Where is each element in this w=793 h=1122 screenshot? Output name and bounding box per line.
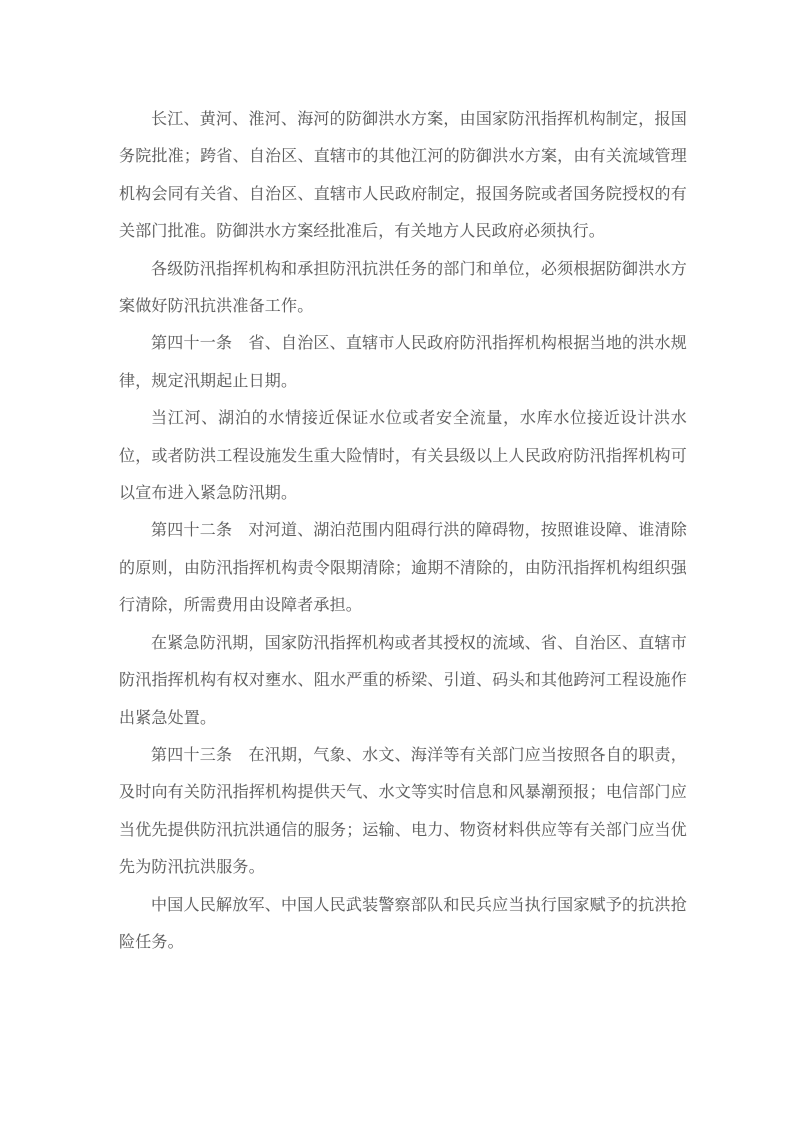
document-content: 长江、黄河、淮河、海河的防御洪水方案，由国家防汛指挥机构制定，报国务院批准；跨省… bbox=[119, 101, 687, 961]
article-41-paragraph-1: 第四十一条 省、自治区、直辖市人民政府防汛指挥机构根据当地的洪水规律，规定汛期起… bbox=[119, 325, 687, 400]
article-43-paragraph-1: 第四十三条 在汛期，气象、水文、海洋等有关部门应当按照各自的职责，及时向有关防汛… bbox=[119, 737, 687, 887]
article-42-paragraph-2: 在紧急防汛期，国家防汛指挥机构或者其授权的流域、省、自治区、直辖市防汛指挥机构有… bbox=[119, 625, 687, 737]
article-43-paragraph-2: 中国人民解放军、中国人民武装警察部队和民兵应当执行国家赋予的抗洪抢险任务。 bbox=[119, 887, 687, 962]
article-41-paragraph-2: 当江河、湖泊的水情接近保证水位或者安全流量，水库水位接近设计洪水位，或者防洪工程… bbox=[119, 400, 687, 512]
paragraph-preparation-duties: 各级防汛指挥机构和承担防汛抗洪任务的部门和单位，必须根据防御洪水方案做好防汛抗洪… bbox=[119, 251, 687, 326]
paragraph-flood-control-plans: 长江、黄河、淮河、海河的防御洪水方案，由国家防汛指挥机构制定，报国务院批准；跨省… bbox=[119, 101, 687, 251]
article-42-paragraph-1: 第四十二条 对河道、湖泊范围内阻碍行洪的障碍物，按照谁设障、谁清除的原则，由防汛… bbox=[119, 512, 687, 624]
document-page: 长江、黄河、淮河、海河的防御洪水方案，由国家防汛指挥机构制定，报国务院批准；跨省… bbox=[0, 0, 793, 1122]
